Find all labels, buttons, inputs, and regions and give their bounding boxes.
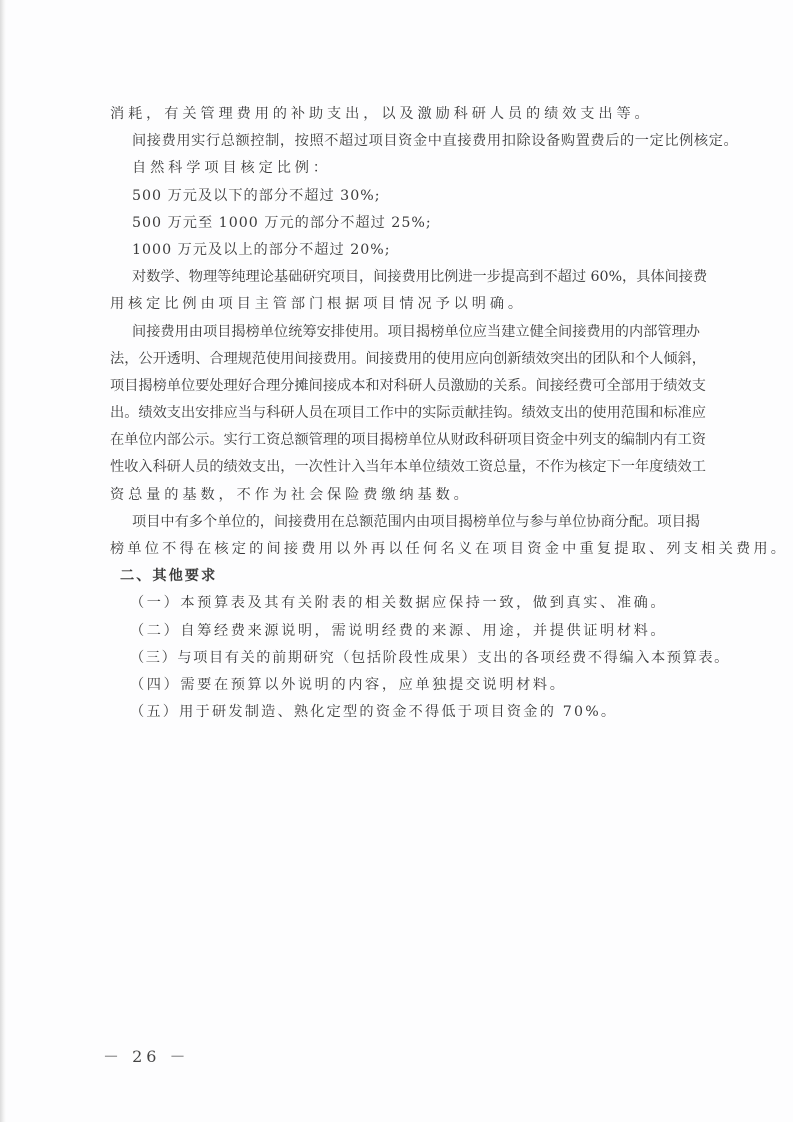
requirement-item: （一）本预算表及其有关附表的相关数据应保持一致，做到真实、准确。 (110, 590, 700, 617)
page-edge-shadow (0, 0, 6, 1122)
requirement-item: （三）与项目有关的前期研究（包括阶段性成果）支出的各项经费不得编入本预算表。 (110, 645, 700, 672)
paragraph-line: 榜单位不得在核定的间接费用以外再以任何名义在项目资金中重复提取、列支相关费用。 (110, 536, 700, 563)
section-heading: 二、其他要求 (110, 563, 700, 590)
paragraph-line: 出。绩效支出安排应当与科研人员在项目工作中的实际贡献挂钩。绩效支出的使用范围和标… (110, 400, 700, 427)
list-line: 1000 万元及以上的部分不超过 20%; (110, 237, 700, 264)
requirement-item: （五）用于研发制造、熟化定型的资金不得低于项目资金的 70%。 (110, 699, 700, 726)
paragraph-line: 间接费用由项目揭榜单位统筹安排使用。项目揭榜单位应当建立健全间接费用的内部管理办 (110, 319, 700, 346)
paragraph-line: 在单位内部公示。实行工资总额管理的项目揭榜单位从财政科研项目资金中列支的编制内有… (110, 427, 700, 454)
page-number: － 26 － (103, 1044, 190, 1067)
paragraph-line: 对数学、物理等纯理论基础研究项目，间接费用比例进一步提高到不超过 60%，具体间… (110, 264, 700, 291)
paragraph-line: 消耗，有关管理费用的补助支出，以及激励科研人员的绩效支出等。 (110, 101, 700, 128)
document-page: 消耗，有关管理费用的补助支出，以及激励科研人员的绩效支出等。 间接费用实行总额控… (110, 101, 700, 726)
paragraph-line: 性收入科研人员的绩效支出，一次性计入当年本单位绩效工资总量，不作为核定下一年度绩… (110, 454, 700, 481)
paragraph-line: 自然科学项目核定比例： (110, 155, 700, 182)
requirement-item: （二）自筹经费来源说明，需说明经费的来源、用途，并提供证明材料。 (110, 618, 700, 645)
list-line: 500 万元至 1000 万元的部分不超过 25%; (110, 210, 700, 237)
requirement-item: （四）需要在预算以外说明的内容，应单独提交说明材料。 (110, 672, 700, 699)
paragraph-line: 法，公开透明、合理规范使用间接费用。间接费用的使用应向创新绩效突出的团队和个人倾… (110, 346, 700, 373)
paragraph-line: 用核定比例由项目主管部门根据项目情况予以明确。 (110, 291, 700, 318)
paragraph-line: 资总量的基数，不作为社会保险费缴纳基数。 (110, 482, 700, 509)
paragraph-line: 项目中有多个单位的，间接费用在总额范围内由项目揭榜单位与参与单位协商分配。项目揭 (110, 509, 700, 536)
paragraph-line: 间接费用实行总额控制，按照不超过项目资金中直接费用扣除设备购置费后的一定比例核定… (110, 128, 700, 155)
list-line: 500 万元及以下的部分不超过 30%; (110, 183, 700, 210)
paragraph-line: 项目揭榜单位要处理好合理分摊间接成本和对科研人员激励的关系。间接经费可全部用于绩… (110, 373, 700, 400)
